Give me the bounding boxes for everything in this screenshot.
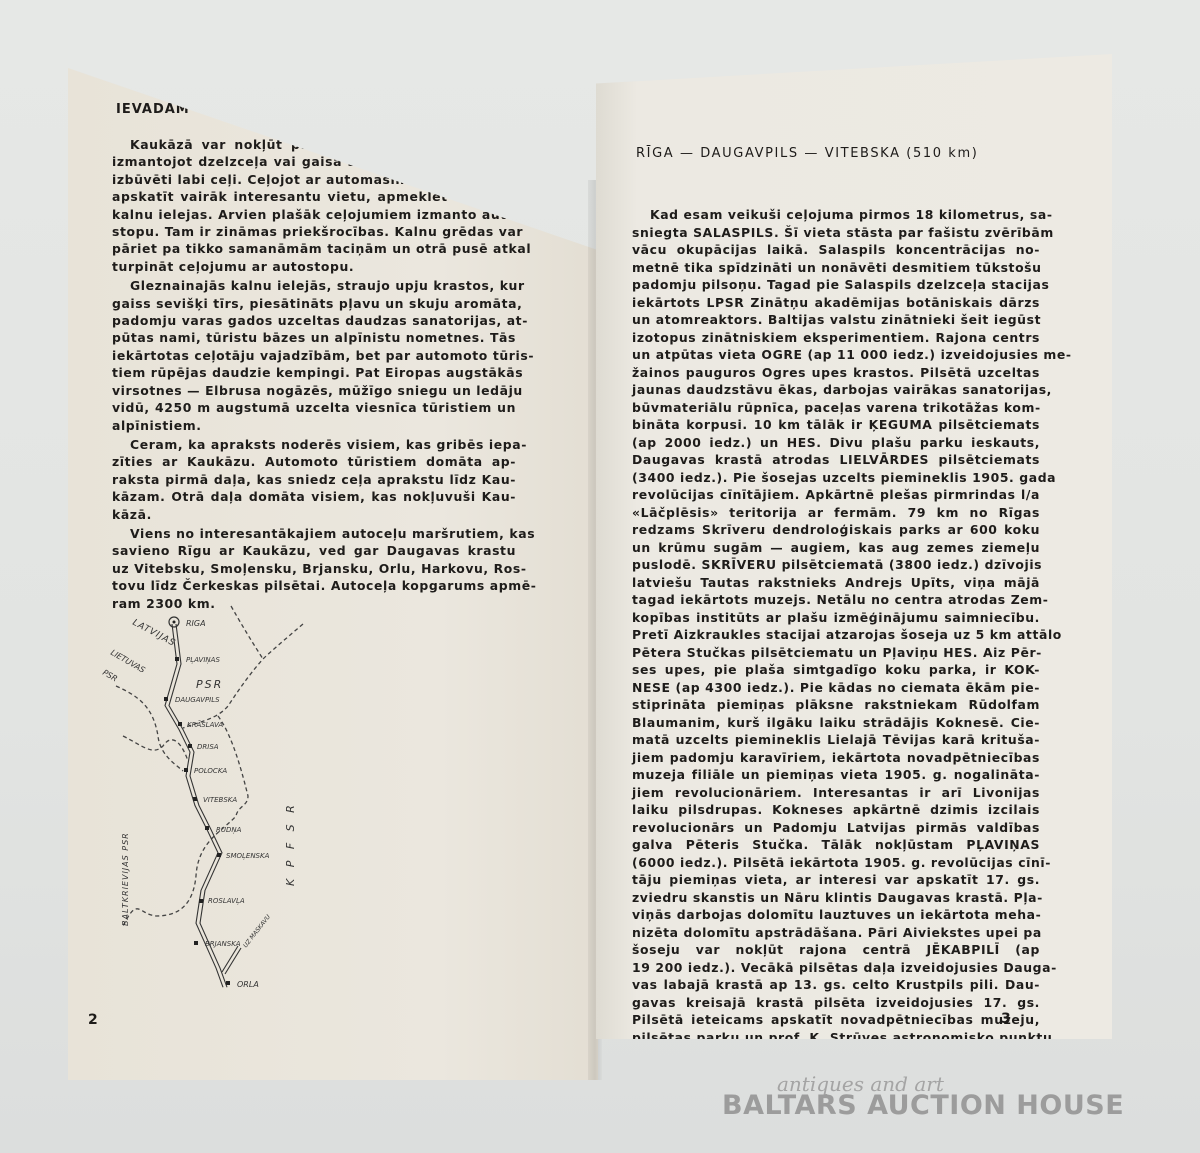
route-heading: RĪGA — DAUGAVPILS — VITEBSKA (510 km) <box>636 146 978 161</box>
text-line: (6000 iedz.). Pilsētā iekārtota 1905. g.… <box>632 854 1040 872</box>
text-line: padomju pilsoņu. Tagad pie Salaspils dze… <box>632 276 1040 294</box>
text-line: jaunas daudzstāvu ēkas, darbojas vairāka… <box>632 381 1040 399</box>
text-line: metnē tika spīdzināti un nonāvēti desmit… <box>632 259 1040 277</box>
text-line: kopības institūts ar plašu izmēģinājumu … <box>632 609 1040 627</box>
city-label-kraslava: KRĀSLAVA <box>187 720 223 729</box>
text-line: revolucionārs un Padomju Latvijas pirmās… <box>632 819 1040 837</box>
text-line: kāzā. <box>112 506 516 523</box>
text-line: ses upes, pie plaša simtgadīgo koku park… <box>632 661 1040 679</box>
text-line: savieno Rīgu ar Kaukāzu, ved gar Daugava… <box>112 542 516 559</box>
text-line: alpīnistiem. <box>112 417 516 434</box>
text-line: apskatīt vairāk interesantu vietu, apmek… <box>112 188 516 205</box>
section-heading-ievadam: IEVADAM <box>116 102 190 117</box>
text-line: tagad iekārtots muzejs. Netālu no centra… <box>632 591 1040 609</box>
text-line: Kad esam veikuši ceļojuma pirmos 18 kilo… <box>632 206 1040 224</box>
text-line: iekārtots LPSR Zinātņu akadēmijas botāni… <box>632 294 1040 312</box>
text-line: vas labajā krastā ap 13. gs. celto Krust… <box>632 976 1040 994</box>
text-line: tāju piemiņas vieta, ar interesi var aps… <box>632 871 1040 889</box>
text-line: Gleznainajās kalnu ielejās, straujo upju… <box>112 277 516 294</box>
right-page: RĪGA — DAUGAVPILS — VITEBSKA (510 km) Ka… <box>596 54 1112 1039</box>
text-line: iekārtotas ceļotāju vajadzībām, bet par … <box>112 347 516 364</box>
right-body-text: Kad esam veikuši ceļojuma pirmos 18 kilo… <box>632 206 1040 1064</box>
text-line: turpināt ceļojumu ar autostopu. <box>112 258 516 275</box>
paragraph: Kaukāzā var nokļūt pa lieliskām šosejām,… <box>112 136 516 275</box>
text-line: pāriet pa tikko samanāmām taciņām un otr… <box>112 240 516 257</box>
city-label-daugavpils: DAUGAVPILS <box>175 696 220 704</box>
text-line: Pretī Aizkraukles stacijai atzarojas šos… <box>632 626 1040 644</box>
paragraph: Gleznainajās kalnu ielejās, straujo upju… <box>112 277 516 434</box>
text-line: kāzam. Otrā daļa domāta visiem, kas nokļ… <box>112 488 516 505</box>
page-number-right: 3 <box>1001 1011 1011 1027</box>
text-line: sniegta SALASPILS. Šī vieta stāsta par f… <box>632 224 1040 242</box>
city-label-orla: ORLA <box>237 980 259 989</box>
text-line: izmantojot dzelzceļa vai gaisa satiksmi.… <box>112 153 516 170</box>
text-line: stiprināta piemiņas plāksne rakstniekam … <box>632 696 1040 714</box>
region-label-latvia: LATVIJAS <box>131 618 178 649</box>
text-line: jiem revolucionāriem. Interesantas ir ar… <box>632 784 1040 802</box>
arrow-label-moscow: UZ MASKAVU <box>242 913 272 949</box>
text-line: stopu. Tam ir zināmas priekšrocības. Kal… <box>112 223 516 240</box>
route-map: RIGA PĻAVIŅAS DAUGAVPILS KRĀSLAVA DRISA … <box>98 596 318 1006</box>
text-line: virsotnes — Elbrusa nogāzēs, mūžīgo snie… <box>112 382 516 399</box>
city-label-polocka: POLOCKA <box>194 767 227 775</box>
text-line: būvmateriālu rūpnīca, paceļas varena tri… <box>632 399 1040 417</box>
text-line: Pētera Stučkas pilsētciematu un Pļaviņu … <box>632 644 1040 662</box>
city-label-rudna: RUDŅA <box>216 826 242 834</box>
city-label-drisa: DRISA <box>197 743 219 751</box>
text-line: NESE (ap 4300 iedz.). Pie kādas no ciema… <box>632 679 1040 697</box>
text-line: un atomreaktors. Baltijas valstu zinātni… <box>632 311 1040 329</box>
text-line: zīties ar Kaukāzu. Automoto tūristiem do… <box>112 453 516 470</box>
text-line: Blaumanim, kurš ilgāku laiku strādājis K… <box>632 714 1040 732</box>
border-line <box>231 606 263 659</box>
left-body-text: Kaukāzā var nokļūt pa lieliskām šosejām,… <box>112 136 516 612</box>
text-line: nizēta dolomītu apstrādāšana. Pāri Aivie… <box>632 924 1040 942</box>
text-line: tovu līdz Čerkeskas pilsētai. Autoceļa k… <box>112 577 516 594</box>
region-label-belarus: BALTKRIEVIJAS PSR <box>121 832 130 926</box>
text-line: vācu okupācijas laikā. Salaspils koncent… <box>632 241 1040 259</box>
text-line: Daugavas krastā atrodas LIELVĀRDES pilsē… <box>632 451 1040 469</box>
city-label-vitebska: VITEBSKA <box>203 796 237 804</box>
watermark-name: BALTARS AUCTION HOUSE <box>722 1090 1124 1121</box>
region-label-lithuania: LIETUVAS <box>109 648 146 675</box>
text-line: bināta korpusi. 10 km tālāk ir ĶEGUMA pi… <box>632 416 1040 434</box>
text-line: latviešu Tautas rakstnieks Andrejs Upīts… <box>632 574 1040 592</box>
text-line: gavas kreisajā krastā pilsēta izveidojus… <box>632 994 1040 1012</box>
text-line: tiem rūpējas daudzie kempingi. Pat Eirop… <box>112 364 516 381</box>
text-line: Pilsētā ieteicams apskatīt novadpētniecī… <box>632 1011 1040 1029</box>
text-line: laiku pilsdrupas. Kokneses apkārtnē dzim… <box>632 801 1040 819</box>
text-line: galva Pēteris Stučka. Tālāk nokļūstam PĻ… <box>632 836 1040 854</box>
text-line: izotopus zinātniskiem eksperimentiem. Ra… <box>632 329 1040 347</box>
left-page: IEVADAM Kaukāzā var nokļūt pa lieliskām … <box>68 68 598 1080</box>
text-line: muzeja filiāle un piemiņas vieta 1905. g… <box>632 766 1040 784</box>
text-line: vidū, 4250 m augstumā uzcelta viesnīca t… <box>112 399 516 416</box>
city-label-smolenska: SMOĻENSKA <box>226 852 270 860</box>
text-line: redzams Skrīveru dendroloģiskais parks a… <box>632 521 1040 539</box>
text-line: (3400 iedz.). Pie šosejas uzcelts piemin… <box>632 469 1040 487</box>
text-line: padomju varas gados uzceltas daudzas san… <box>112 312 516 329</box>
text-line: Ceram, ka apraksts noderēs visiem, kas g… <box>112 436 516 453</box>
city-label-riga: RIGA <box>186 619 206 628</box>
paragraph: Ceram, ka apraksts noderēs visiem, kas g… <box>112 436 516 523</box>
text-line: izbūvēti labi ceļi. Ceļojot ar automašīn… <box>112 171 516 188</box>
region-label-russia: K P F S R <box>284 801 297 886</box>
paragraph: Kad esam veikuši ceļojuma pirmos 18 kilo… <box>632 206 1040 1064</box>
text-line: žainos pauguros Ogres upes krastos. Pils… <box>632 364 1040 382</box>
text-line: kalnu ielejas. Arvien plašāk ceļojumiem … <box>112 206 516 223</box>
text-line: «Lāčplēsis» teritorija ar fermām. 79 km … <box>632 504 1040 522</box>
text-line: matā uzcelts piemineklis Lielajā Tēvijas… <box>632 731 1040 749</box>
text-line: Labajā krastā atrodas piemineklis Lielaj… <box>632 1046 1040 1064</box>
text-line: 19 200 iedz.). Vecākā pilsētas daļa izve… <box>632 959 1040 977</box>
text-line: gaiss sevišķi tīrs, piesātināts pļavu un… <box>112 295 516 312</box>
text-line: pūtas nami, tūristu bāzes un alpīnistu n… <box>112 329 516 346</box>
watermark-tagline: antiques and art <box>777 1072 944 1096</box>
city-label-plavinas: PĻAVIŅAS <box>186 656 220 664</box>
text-line: un atpūtas vieta OGRE (ap 11 000 iedz.) … <box>632 346 1040 364</box>
text-line: zviedru skanstis un Nāru klintis Daugava… <box>632 889 1040 907</box>
text-line: pilsētas parku un prof. K. Strūves astro… <box>632 1029 1040 1047</box>
region-label-lithuania-psr: PSR <box>101 668 119 684</box>
text-line: puslodē. SKRĪVERU pilsētciematā (3800 ie… <box>632 556 1040 574</box>
text-line: Viens no interesantākajiem autoceļu marš… <box>112 525 516 542</box>
text-line: šoseju var nokļūt rajona centrā JĒKABPIL… <box>632 941 1040 959</box>
city-label-roslavla: ROSLAVĻA <box>208 897 245 905</box>
text-line: viņās darbojas dolomītu lauztuves un iek… <box>632 906 1040 924</box>
text-line: revolūcijas cīnītājiem. Apkārtnē plešas … <box>632 486 1040 504</box>
page-number-left: 2 <box>88 1012 98 1028</box>
text-line: (ap 2000 iedz.) un HES. Divu plašu parku… <box>632 434 1040 452</box>
text-line: raksta pirmā daļa, kas sniedz ceļa aprak… <box>112 471 516 488</box>
text-line: Kaukāzā var nokļūt pa lieliskām šosejām,… <box>112 136 516 153</box>
city-label-brjanska: BRJANSKA <box>205 940 241 948</box>
region-label-latvia-psr: PSR <box>196 678 223 691</box>
text-line: uz Vitebsku, Smoļensku, Brjansku, Orlu, … <box>112 560 516 577</box>
text-line: un krūmu sugām — augiem, kas aug zemes z… <box>632 539 1040 557</box>
text-line: jiem padomju karavīriem, iekārtota novad… <box>632 749 1040 767</box>
